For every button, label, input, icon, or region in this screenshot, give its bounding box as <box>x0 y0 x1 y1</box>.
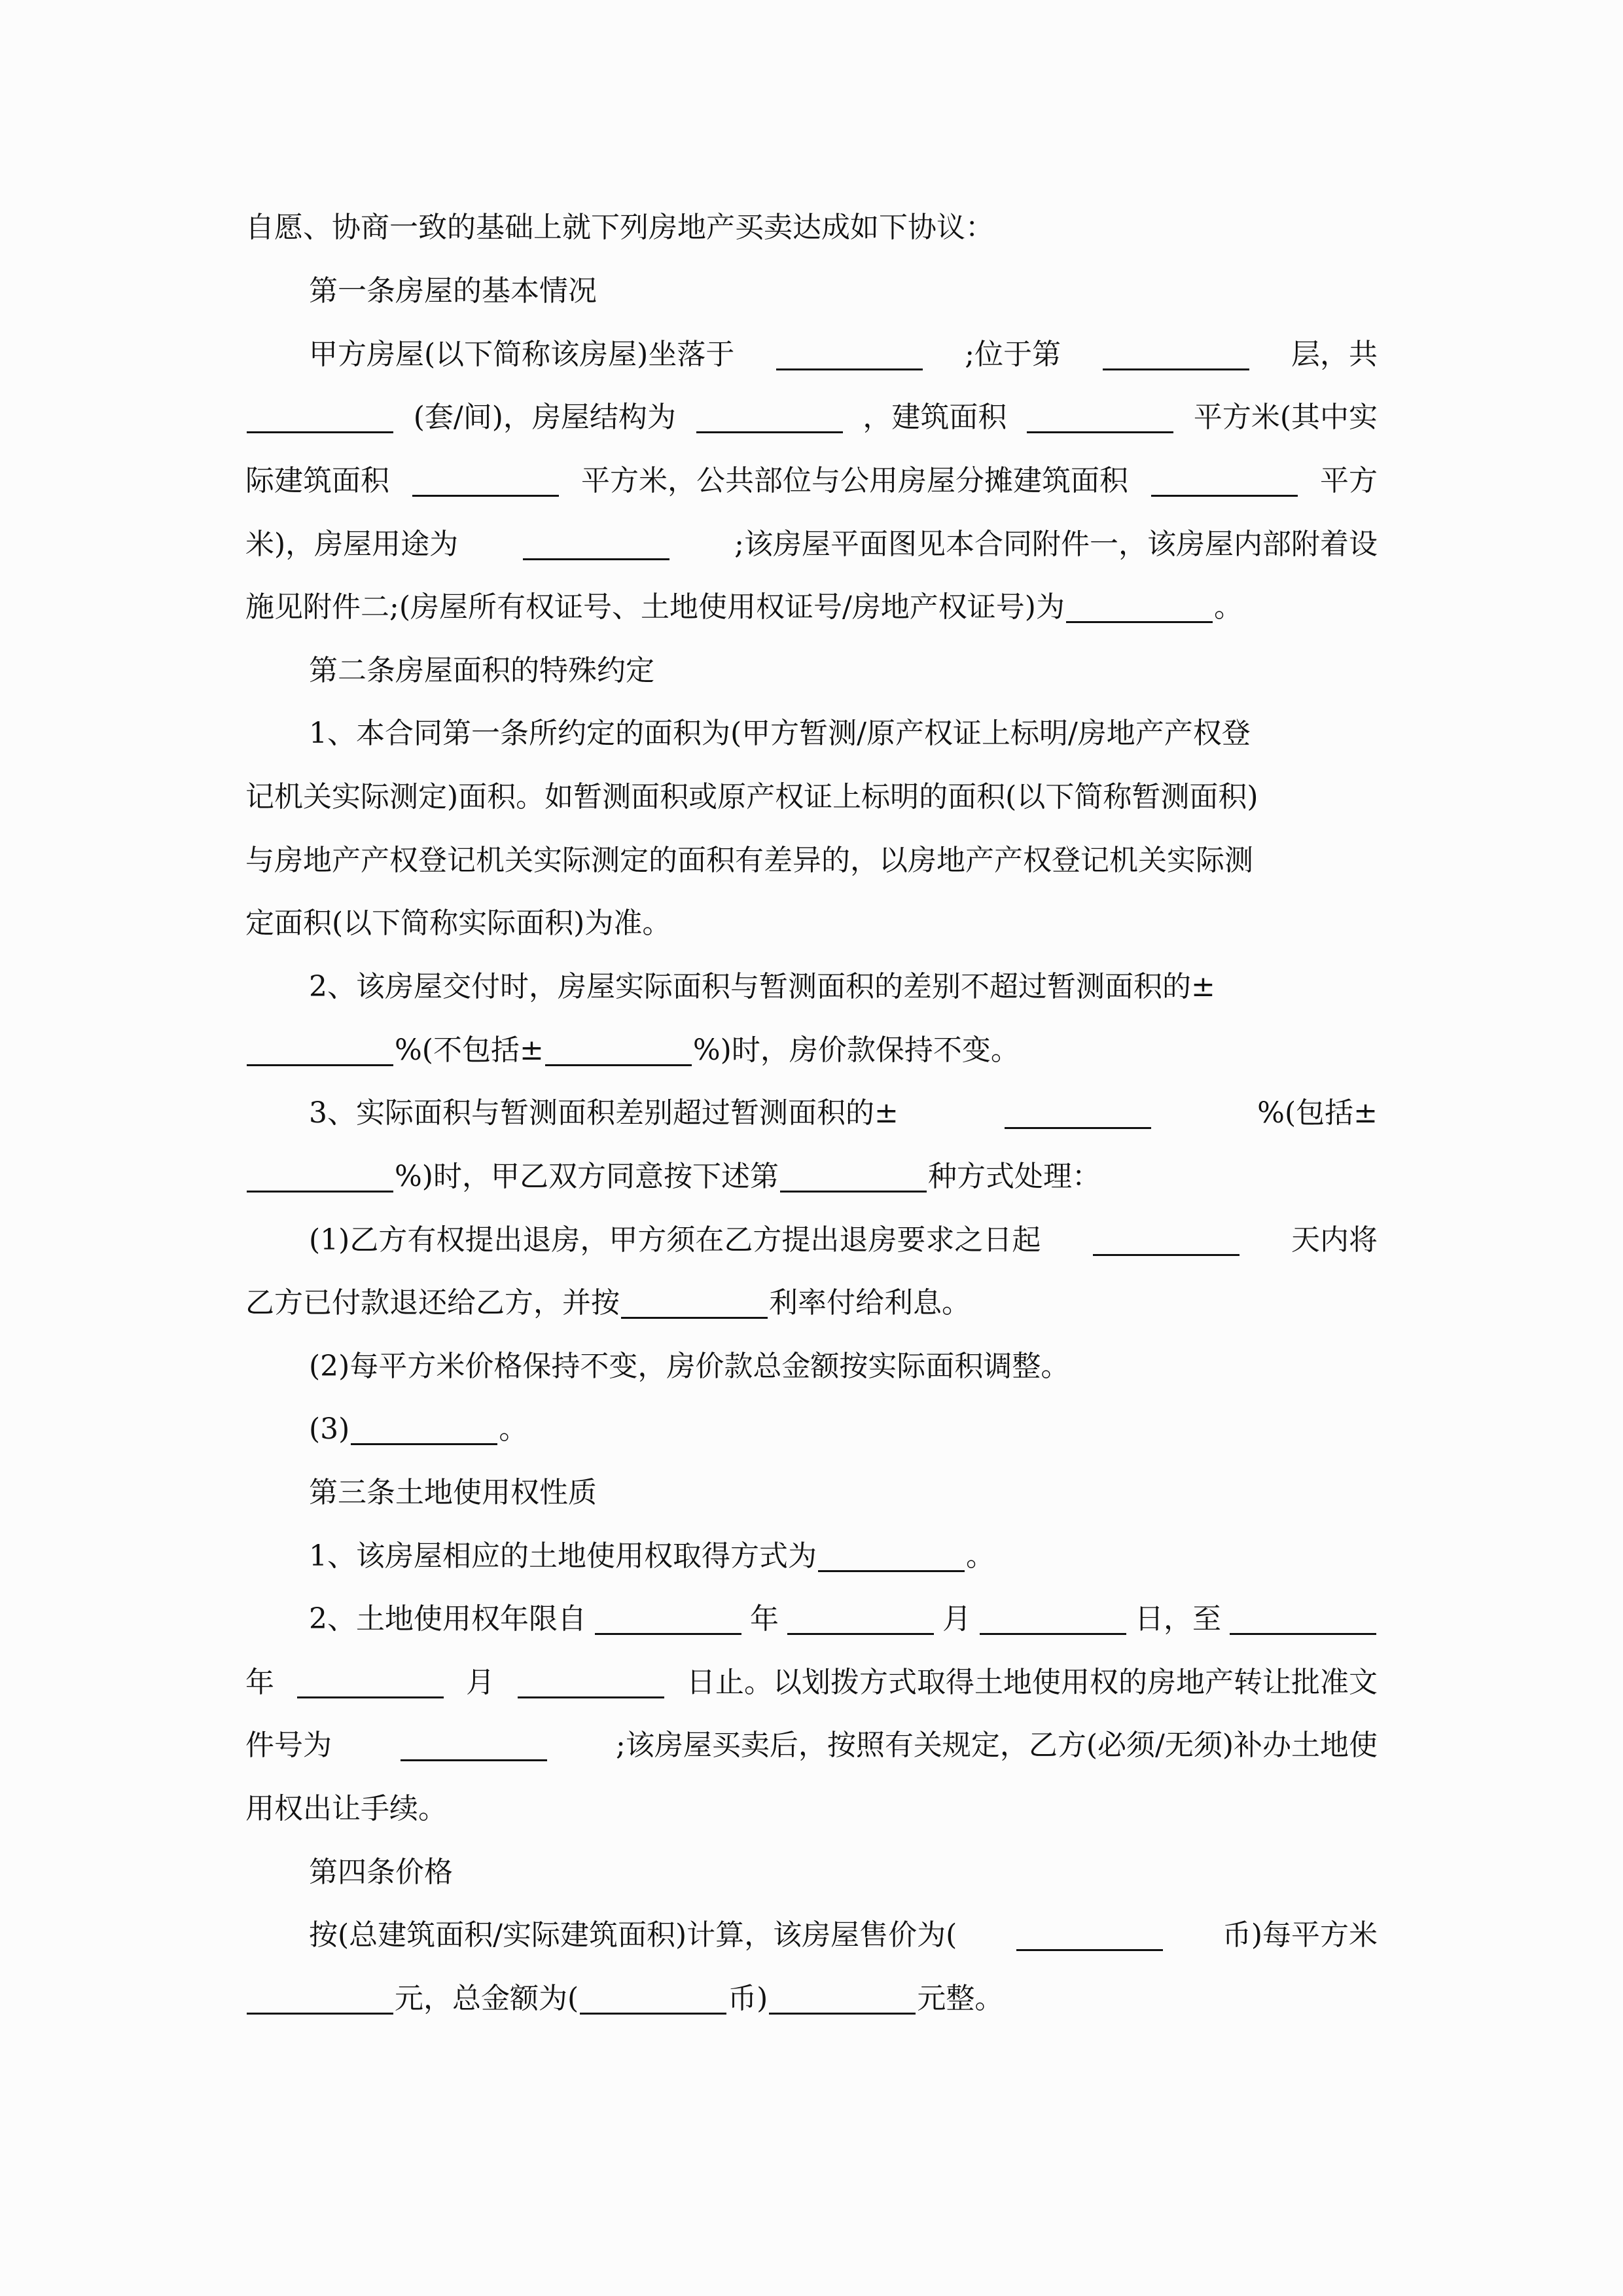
text-segment: (1)乙方有权提出退房，甲方须在乙方提出退房要求之日起 <box>309 1221 1041 1260</box>
paragraph-line: 际建筑面积平方米，公共部位与公用房屋分摊建筑面积平方 <box>245 461 1378 501</box>
heading-text: 第二条房屋面积的特殊约定 <box>309 651 654 691</box>
fill-in-blank-location[interactable] <box>776 340 923 370</box>
fill-in-blank-actual-area[interactable] <box>412 466 559 497</box>
section-heading: 第三条土地使用权性质 <box>309 1473 1378 1513</box>
text-segment: %)时，甲乙双方同意按下述第 <box>395 1157 779 1196</box>
fill-in-blank-unit-price[interactable] <box>247 1984 393 2015</box>
section-heading: 第二条房屋面积的特殊约定 <box>309 651 1378 691</box>
fill-in-blank-end-day[interactable] <box>518 1668 664 1698</box>
heading-text: 第三条土地使用权性质 <box>309 1473 597 1513</box>
paragraph-line: 米)，房屋用途为;该房屋平面图见本合同附件一，该房屋内部附着设 <box>245 525 1378 564</box>
text-segment: 月 <box>466 1663 495 1702</box>
text-segment: 际建筑面积 <box>245 461 389 501</box>
paragraph-line: 年月日止。以划拨方式取得土地使用权的房地产转让批准文 <box>245 1663 1378 1702</box>
fill-in-blank-exceed-incl-pct[interactable] <box>247 1162 393 1193</box>
paragraph-line: (套/间)，房屋结构为，建筑面积平方米(其中实 <box>245 398 1378 437</box>
text-segment: 币)每平方米 <box>1222 1916 1378 1955</box>
text-segment: 2、该房屋交付时，房屋实际面积与暂测面积的差别不超过暂测面积的± <box>309 967 1215 1007</box>
paragraph-line: (2)每平方米价格保持不变，房价款总金额按实际面积调整。 <box>309 1347 1378 1386</box>
text-segment: 1、本合同第一条所约定的面积为(甲方暂测/原产权证上标明/房地产产权登 <box>309 714 1251 753</box>
text-segment: 件号为 <box>245 1726 332 1765</box>
fill-in-blank-tolerance-excl-pct[interactable] <box>545 1035 692 1066</box>
fill-in-blank-shared-area[interactable] <box>1151 466 1298 497</box>
paragraph-line: 件号为;该房屋买卖后，按照有关规定，乙方(必须/无须)补办土地使 <box>245 1726 1378 1765</box>
heading-text: 第一条房屋的基本情况 <box>309 272 597 311</box>
text-segment: 自愿、协商一致的基础上就下列房地产买卖达成如下协议： <box>245 208 994 247</box>
paragraph-line: 甲方房屋(以下简称该房屋)坐落于;位于第层，共 <box>309 335 1378 374</box>
paragraph-line: 记机关实际测定)面积。如暂测面积或原产权证上标明的面积(以下简称暂测面积) <box>245 778 1378 817</box>
paragraph-line: 按(总建筑面积/实际建筑面积)计算，该房屋售价为(币)每平方米 <box>309 1916 1378 1955</box>
fill-in-blank-start-month[interactable] <box>787 1604 934 1635</box>
fill-in-blank-structure[interactable] <box>696 403 843 433</box>
text-segment: ;位于第 <box>965 335 1061 374</box>
text-segment: %)时，房价款保持不变。 <box>693 1031 1020 1070</box>
text-segment: (3) <box>309 1410 349 1449</box>
section-heading: 第四条价格 <box>309 1853 1378 1892</box>
fill-in-blank-currency-unit[interactable] <box>1016 1920 1163 1951</box>
fill-in-blank-total-amount[interactable] <box>769 1984 916 2015</box>
text-segment: (2)每平方米价格保持不变，房价款总金额按实际面积调整。 <box>309 1347 1069 1386</box>
text-segment: 施见附件二;(房屋所有权证号、土地使用权证号/房地产权证号)为 <box>245 588 1065 627</box>
text-segment: 币) <box>728 1979 768 2018</box>
text-segment: 米)，房屋用途为 <box>245 525 458 564</box>
text-segment: 元整。 <box>917 1979 1003 2018</box>
text-segment: 年 <box>750 1600 779 1639</box>
paragraph-line: 1、本合同第一条所约定的面积为(甲方暂测/原产权证上标明/房地产产权登 <box>309 714 1378 753</box>
text-segment: 年 <box>245 1663 274 1702</box>
text-segment: 种方式处理： <box>928 1157 1101 1196</box>
text-segment: 与房地产产权登记机关实际测定的面积有差异的，以房地产产权登记机关实际测 <box>245 841 1253 880</box>
paragraph-line: (3)。 <box>309 1410 1378 1449</box>
fill-in-blank-refund-days[interactable] <box>1093 1225 1240 1256</box>
text-segment: ;该房屋买卖后，按照有关规定，乙方(必须/无须)补办土地使 <box>616 1726 1378 1765</box>
text-segment: 层，共 <box>1291 335 1378 374</box>
text-segment: 。 <box>499 1410 527 1449</box>
text-segment: 定面积(以下简称实际面积)为准。 <box>245 904 671 943</box>
heading-text: 第四条价格 <box>309 1853 453 1892</box>
text-segment: 。 <box>966 1537 995 1576</box>
paragraph-line: 乙方已付款退还给乙方，并按利率付给利息。 <box>245 1283 1378 1323</box>
text-segment: 月 <box>942 1600 971 1639</box>
text-segment: 利率付给利息。 <box>769 1283 971 1323</box>
paragraph-line: 3、实际面积与暂测面积差别超过暂测面积的±%(包括± <box>309 1094 1378 1133</box>
fill-in-blank-gross-area[interactable] <box>1027 403 1173 433</box>
text-segment: 元，总金额为( <box>395 1979 579 2018</box>
paragraph-line: 自愿、协商一致的基础上就下列房地产买卖达成如下协议： <box>245 208 1378 247</box>
fill-in-blank-floor[interactable] <box>1103 340 1249 370</box>
fill-in-blank-tolerance-pct[interactable] <box>247 1035 393 1066</box>
fill-in-blank-land-acquisition[interactable] <box>818 1541 965 1572</box>
fill-in-blank-other-method[interactable] <box>351 1414 497 1445</box>
paragraph-line: 定面积(以下简称实际面积)为准。 <box>245 904 1378 943</box>
fill-in-blank-currency-total[interactable] <box>580 1984 726 2015</box>
fill-in-blank-method-no[interactable] <box>780 1162 927 1193</box>
fill-in-blank-cert-no[interactable] <box>1066 592 1213 623</box>
text-segment: %(包括± <box>1257 1094 1378 1133</box>
text-segment: 按(总建筑面积/实际建筑面积)计算，该房屋售价为( <box>309 1916 957 1955</box>
text-segment: 日，至 <box>1135 1600 1221 1639</box>
fill-in-blank-interest-rate[interactable] <box>621 1288 768 1319</box>
text-segment: 3、实际面积与暂测面积差别超过暂测面积的± <box>309 1094 899 1133</box>
text-segment: 平方米(其中实 <box>1194 398 1378 437</box>
text-segment: 记机关实际测定)面积。如暂测面积或原产权证上标明的面积(以下简称暂测面积) <box>245 778 1258 817</box>
text-segment: 用权出让手续。 <box>245 1789 447 1829</box>
fill-in-blank-start-day[interactable] <box>980 1604 1126 1635</box>
fill-in-blank-end-year[interactable] <box>1230 1604 1376 1635</box>
paragraph-line: (1)乙方有权提出退房，甲方须在乙方提出退房要求之日起天内将 <box>309 1221 1378 1260</box>
paragraph-line: 2、该房屋交付时，房屋实际面积与暂测面积的差别不超过暂测面积的± <box>309 967 1378 1007</box>
paragraph-line: 2、土地使用权年限自年月日，至 <box>309 1600 1378 1639</box>
fill-in-blank-start-year[interactable] <box>595 1604 741 1635</box>
paragraph-line: 1、该房屋相应的土地使用权取得方式为。 <box>309 1537 1378 1576</box>
paragraph-line: 施见附件二;(房屋所有权证号、土地使用权证号/房地产权证号)为。 <box>245 588 1378 627</box>
text-segment: 日止。以划拨方式取得土地使用权的房地产转让批准文 <box>687 1663 1378 1702</box>
text-segment: 平方 <box>1320 461 1378 501</box>
text-segment: ;该房屋平面图见本合同附件一，该房屋内部附着设 <box>734 525 1378 564</box>
text-segment: 1、该房屋相应的土地使用权取得方式为 <box>309 1537 817 1576</box>
text-segment: 乙方已付款退还给乙方，并按 <box>245 1283 620 1323</box>
paragraph-line: %(不包括±%)时，房价款保持不变。 <box>245 1031 1378 1070</box>
text-segment: 甲方房屋(以下简称该房屋)坐落于 <box>309 335 734 374</box>
document-page: 自愿、协商一致的基础上就下列房地产买卖达成如下协议：第一条房屋的基本情况甲方房屋… <box>0 0 1623 2296</box>
fill-in-blank-exceed-pct[interactable] <box>1005 1098 1151 1129</box>
text-segment: 。 <box>1214 588 1243 627</box>
text-segment: ，建筑面积 <box>863 398 1007 437</box>
fill-in-blank-units[interactable] <box>247 403 393 433</box>
paragraph-line: %)时，甲乙双方同意按下述第种方式处理： <box>245 1157 1378 1196</box>
text-segment: 2、土地使用权年限自 <box>309 1600 586 1639</box>
text-segment: 天内将 <box>1291 1221 1378 1260</box>
text-segment: %(不包括± <box>395 1031 544 1070</box>
fill-in-blank-end-month[interactable] <box>297 1668 444 1698</box>
text-segment: (套/间)，房屋结构为 <box>414 398 676 437</box>
fill-in-blank-approval-no[interactable] <box>401 1731 547 1761</box>
paragraph-line: 与房地产产权登记机关实际测定的面积有差异的，以房地产产权登记机关实际测 <box>245 841 1378 880</box>
paragraph-line: 元，总金额为(币)元整。 <box>245 1979 1378 2018</box>
text-segment: 平方米，公共部位与公用房屋分摊建筑面积 <box>581 461 1128 501</box>
fill-in-blank-usage[interactable] <box>523 529 669 560</box>
section-heading: 第一条房屋的基本情况 <box>309 272 1378 311</box>
paragraph-line: 用权出让手续。 <box>245 1789 1378 1829</box>
